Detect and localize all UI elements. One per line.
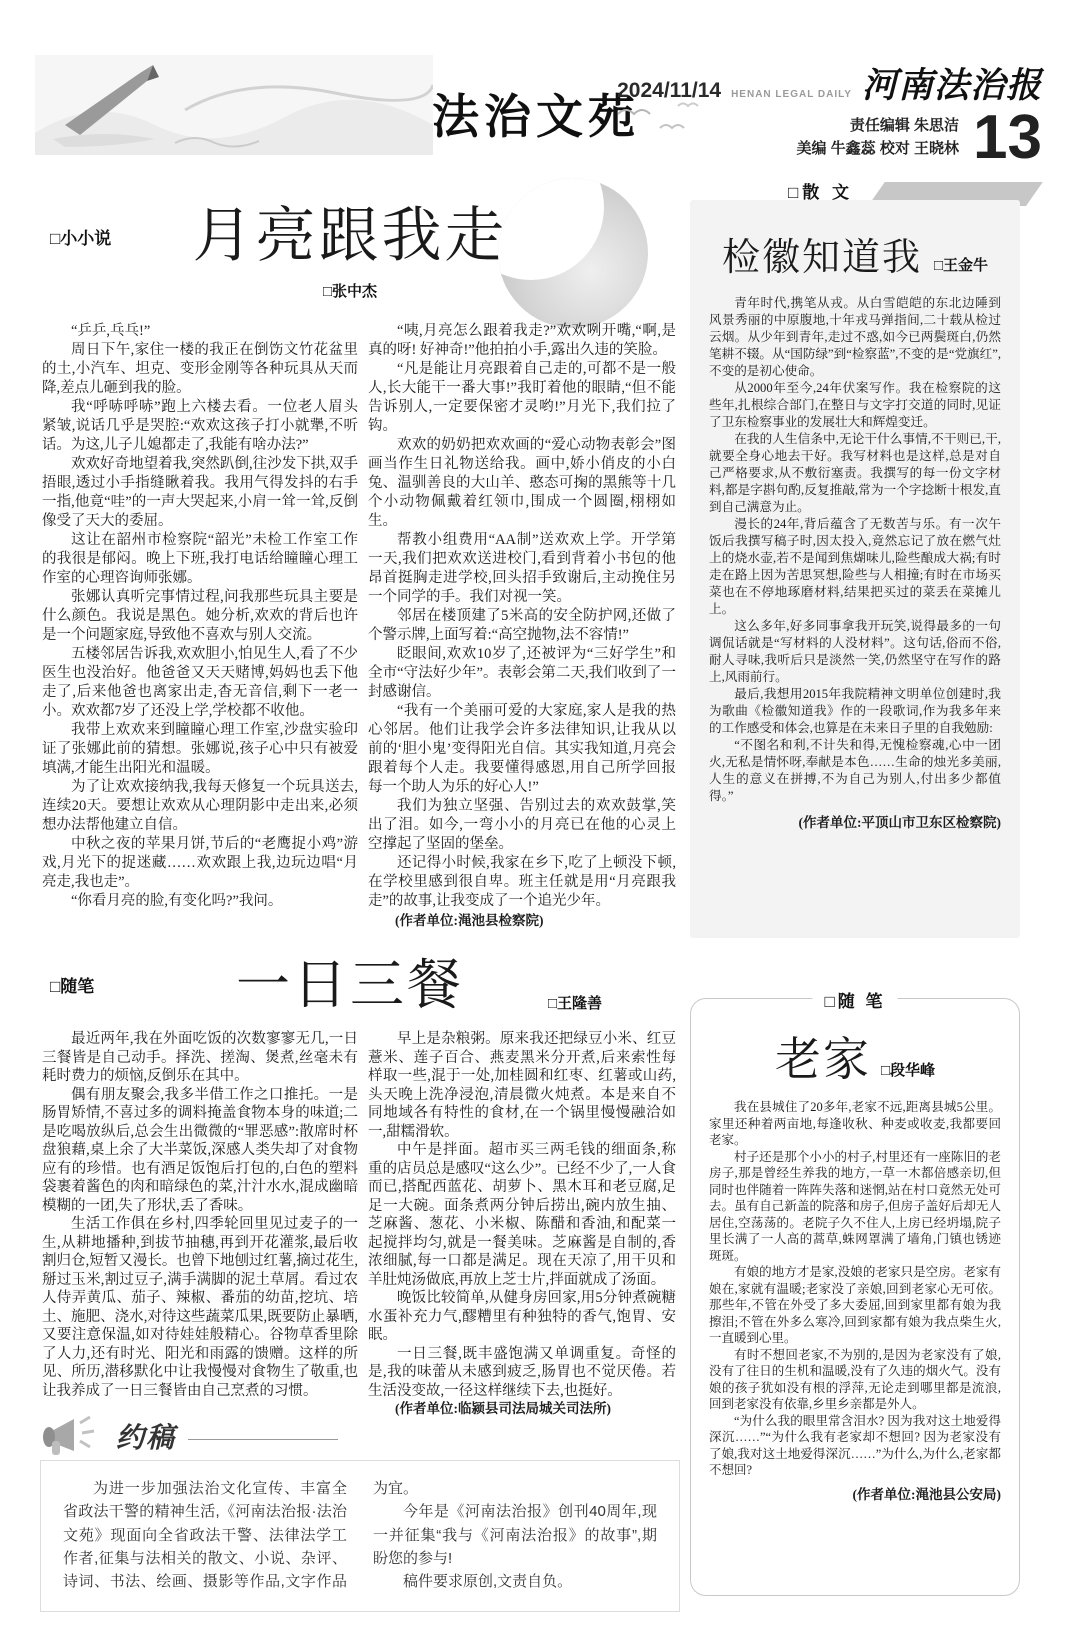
paragraph: 中秋之夜的苹果月饼,节后的“老鹰捉小鸡”游戏,月光下的捉迷藏……欢欢跟上我,边玩… [42, 835, 358, 892]
paragraph: 青年时代,携笔从戎。从白雪皑皑的东北边陲到风景秀丽的中原腹地,十年戎马弹指间,二… [709, 295, 1001, 380]
paragraph: 我在县城住了20多年,老家不远,距离县城5公里。家里还种着两亩地,每逢收秋、种麦… [709, 1099, 1001, 1149]
paragraph: 欢欢好奇地望着我,突然趴倒,往沙发下拱,双手捂眼,透过小手指缝瞅着我。我用气得发… [42, 455, 358, 531]
paragraph: 为宜。 [373, 1477, 657, 1500]
meals-article-column-2: 早上是杂粮粥。原来我还把绿豆小米、红豆薏米、莲子百合、燕麦黑米分开煮,后来索性每… [368, 1030, 676, 1416]
paragraph: 在我的人生信条中,无论干什么事情,不干则已,干,就要全身心地去干好。我写材料也是… [709, 431, 1001, 516]
paragraph: 这让在韶州市检察院“韶光”未检工作室工作的我很是郁闷。晚上下班,我打电话给瞳瞳心… [42, 531, 358, 588]
pen-and-mountains-icon [35, 55, 433, 155]
paragraph: 帮教小组费用“AA制”送欢欢上学。开学第一天,我们把欢欢送进校门,看到背着小书包… [368, 531, 676, 607]
meals-article-author: □王隆善 [548, 992, 602, 1013]
masthead-english: HENAN LEGAL DAILY [731, 89, 852, 100]
section-title: 法治文苑 [432, 80, 640, 147]
ink-painting-decoration [35, 55, 433, 155]
paragraph: 为进一步加强法治文化宣传、丰富全省政法干警的精神生活,《河南法治报·法治文苑》现… [63, 1477, 347, 1595]
moon-article-author: □张中杰 [140, 280, 560, 301]
masthead-chinese: 河南法治报 [862, 58, 1042, 108]
paragraph: 我们为独立坚强、告别过去的欢欢鼓掌,笑出了泪。如今,一弯小小的月亮已在他的心灵上… [368, 797, 676, 854]
paragraph: 偶有朋友聚会,我多半借工作之口推托。一是肠胃矫情,不喜过多的调料掩盖食物本身的味… [42, 1086, 358, 1216]
paragraph: “为什么我的眼里常含泪水? 因为我对这土地爱得深沉……”“为什么我有老家却不想回… [709, 1413, 1001, 1479]
paragraph: 这么多年,好多同事拿我开玩笑,说得最多的一句调侃话就是“写材料的人没材料”。这句… [709, 618, 1001, 686]
paragraph: 生活工作俱在乡村,四季轮回里见过麦子的一生,从耕地播种,到拔节抽穗,再到开花灌浆… [42, 1215, 358, 1400]
paragraph: 还记得小时候,我家在乡下,吃了上顿没下顿,在学校里感到很自卑。班主任就是用“月亮… [368, 854, 676, 911]
paragraph: 眨眼间,欢欢10岁了,还被评为“三好学生”和全市“守法好少年”。表彰会第二天,我… [368, 645, 676, 702]
paragraph: 我带上欢欢来到瞳瞳心理工作室,沙盘实验印证了张娜此前的猜想。张娜说,孩子心中只有… [42, 721, 358, 778]
paragraph: 邻居在楼顶建了5米高的安全防护网,还做了个警示牌,上面写着:“高空抛物,法不容情… [368, 607, 676, 645]
paragraph: “我有一个美丽可爱的大家庭,家人是我的热心邻居。他们让我学会许多法律知识,让我从… [368, 702, 676, 797]
paragraph: 有娘的地方才是家,没娘的老家只是空房。老家有娘在,家就有温暖;老家没了亲娘,回到… [709, 1264, 1001, 1347]
meals-article-column-1: 最近两年,我在外面吃饭的次数寥寥无几,一日三餐皆是自己动手。择洗、搓淘、煲煮,丝… [42, 1030, 358, 1400]
page-number: 13 [973, 110, 1042, 166]
paragraph: “你看月亮的脸,有变化吗?”我问。 [42, 892, 358, 911]
megaphone-icon [40, 1411, 104, 1461]
paragraph: “不图名和利,不计失和得,无愧检察魂,心中一团火,无私是情怀呀,奉献是本色……生… [709, 737, 1001, 805]
tag-suibi-laojia: □随 笔 [813, 987, 898, 1012]
tag-sanwen: □散 文 [788, 178, 853, 203]
editors-block: 责任编辑 朱思洁 美编 牛鑫蕊 校对 王晓林 [797, 115, 960, 160]
laojia-title: 老家 [775, 1023, 871, 1089]
paragraph: 早上是杂粮粥。原来我还把绿豆小米、红豆薏米、莲子百合、燕麦黑米分开煮,后来索性每… [368, 1030, 676, 1141]
yuegao-title: 约稿 [116, 1416, 176, 1456]
paragraph: 我“呼哧呼哧”跑上六楼去看。一位老人眉头紧皱,说话几乎是哭腔:“欢欢这孩子打小就… [42, 398, 358, 455]
paragraph: 投稿邮箱:fzbwenyuan@163.com [373, 1593, 657, 1595]
paragraph: 今年是《河南法治报》创刊40周年,现一并征集“我与《河南法治报》的故事”,期盼您… [373, 1500, 657, 1570]
yuegao-column-2: 为宜。今年是《河南法治报》创刊40周年,现一并征集“我与《河南法治报》的故事”,… [373, 1477, 657, 1595]
paragraph: 最后,我想用2015年我院精神文明单位创建时,我为歌曲《检徽知道我》作的一段歌词… [709, 686, 1001, 737]
paragraph: 张娜认真听完事情过程,问我那些玩具主要是什么颜色。我说是黑色。她分析,欢欢的背后… [42, 588, 358, 645]
tag-xiaoxiaoshuo: □小小说 [50, 224, 111, 249]
yuegao-column-1: 为进一步加强法治文化宣传、丰富全省政法干警的精神生活,《河南法治报·法治文苑》现… [63, 1477, 347, 1595]
paragraph: 村子还是那个小小的村子,村里还有一座陈旧的老房子,那是曾经生养我的地方,一草一木… [709, 1149, 1001, 1265]
paragraph: “乒乒,乓乓!” [42, 322, 358, 341]
essay-title: 检徽知道我 [722, 226, 922, 281]
paragraph: 漫长的24年,背后蕴含了无数苦与乐。有一次午饭后我撰写稿子时,因太投入,竟然忘记… [709, 516, 1001, 618]
yuegao-box: 为进一步加强法治文化宣传、丰富全省政法干警的精神生活,《河南法治报·法治文苑》现… [40, 1460, 680, 1612]
paragraph: “凡是能让月亮跟着自己走的,可都不是一般人,长大能干一番大事!”我盯着他的眼睛,… [368, 360, 676, 436]
paragraph: 中午是拌面。超市买三两毛钱的细面条,称重的店员总是感叹“这么少”。已经不少了,一… [368, 1141, 676, 1289]
moon-article-column-2-text: “咦,月亮怎么跟着我走?”欢欢咧开嘴,“啊,是真的呀! 好神奇!”他拍拍小手,露… [368, 322, 676, 930]
paragraph: “咦,月亮怎么跟着我走?”欢欢咧开嘴,“啊,是真的呀! 好神奇!”他拍拍小手,露… [368, 322, 676, 360]
masthead-block: 2024/11/14 HENAN LEGAL DAILY 河南法治报 责任编辑 … [612, 58, 1042, 166]
issue-date: 2024/11/14 [617, 79, 721, 103]
paragraph: 晚饭比较简单,从健身房回家,用5分钟煮碗糖水蛋补充力气,醪糟里有种独特的香气,饱… [368, 1289, 676, 1345]
essay-card: 检徽知道我 □王金牛 青年时代,携笔从戎。从白雪皑皑的东北边陲到风景秀丽的中原腹… [690, 200, 1020, 938]
column-paragraphs: 早上是杂粮粥。原来我还把绿豆小米、红豆薏米、莲子百合、燕麦黑米分开煮,后来索性每… [368, 1030, 676, 1400]
editor-line: 责任编辑 朱思洁 [797, 115, 960, 138]
essay-byline: (作者单位:平顶山市卫东区检察院) [690, 811, 1020, 831]
paragraph: 为了让欢欢接纳我,我每天修复一个玩具送去,连续20天。要想让欢欢从心理阴影中走出… [42, 778, 358, 835]
yuegao-header: 约稿 [40, 1414, 680, 1458]
moon-article-column-1: “乒乒,乓乓!”周日下午,家住一楼的我正在倒饬文竹花盆里的土,小汽车、坦克、变形… [42, 322, 358, 911]
crescent-moon-icon [498, 178, 648, 328]
divider-line [188, 1439, 338, 1440]
paragraph: 欢欢的奶奶把欢欢画的“爱心动物表彰会”图画当作生日礼物送给我。画中,娇小俏皮的小… [368, 436, 676, 531]
meals-article-title: 一日三餐 [170, 942, 530, 1019]
moon-article-byline: (作者单位:渑池县检察院) [368, 911, 676, 930]
newspaper-page: 法治文苑 2024/11/14 HENAN LEGAL DAILY 河南法治报 … [0, 0, 1080, 1648]
moon-article-title: 月亮跟我走 [140, 188, 560, 274]
column-paragraphs: “咦,月亮怎么跟着我走?”欢欢咧开嘴,“啊,是真的呀! 好神奇!”他拍拍小手,露… [368, 322, 676, 911]
paragraph: 有时不想回老家,不为别的,是因为老家没有了娘,没有了往日的生机和温暖,没有了久违… [709, 1347, 1001, 1413]
editor-line: 美编 牛鑫蕊 校对 王晓林 [797, 138, 960, 161]
laojia-text: 我在县城住了20多年,老家不远,距离县城5公里。家里还种着两亩地,每逢收秋、种麦… [691, 1099, 1019, 1479]
essay-author: □王金牛 [934, 254, 988, 275]
paragraph: 从2000年至今,24年伏案写作。我在检察院的这些年,扎根综合部门,在整日与文字… [709, 380, 1001, 431]
paragraph: 一日三餐,既丰盛饱满又单调重复。奇怪的是,我的味蕾从未感到疲乏,肠胃也不觉厌倦。… [368, 1345, 676, 1401]
paragraph: 稿件要求原创,文责自负。 [373, 1570, 657, 1593]
paragraph: 五楼邻居告诉我,欢欢胆小,怕见生人,看了不少医生也没治好。他爸爸又天天赌博,妈妈… [42, 645, 358, 721]
laojia-byline: (作者单位:渑池县公安局) [691, 1483, 1019, 1503]
tag-suibi-meals: □随笔 [50, 972, 94, 997]
essay-text: 青年时代,携笔从戎。从白雪皑皑的东北边陲到风景秀丽的中原腹地,十年戎马弹指间,二… [690, 295, 1020, 805]
paragraph: 最近两年,我在外面吃饭的次数寥寥无几,一日三餐皆是自己动手。择洗、搓淘、煲煮,丝… [42, 1030, 358, 1086]
laojia-author: □段华峰 [881, 1059, 935, 1080]
laojia-card: □随 笔 老家 □段华峰 我在县城住了20多年,老家不远,距离县城5公里。家里还… [690, 998, 1020, 1596]
paragraph: 周日下午,家住一楼的我正在倒饬文竹花盆里的土,小汽车、坦克、变形金刚等各种玩具从… [42, 341, 358, 398]
